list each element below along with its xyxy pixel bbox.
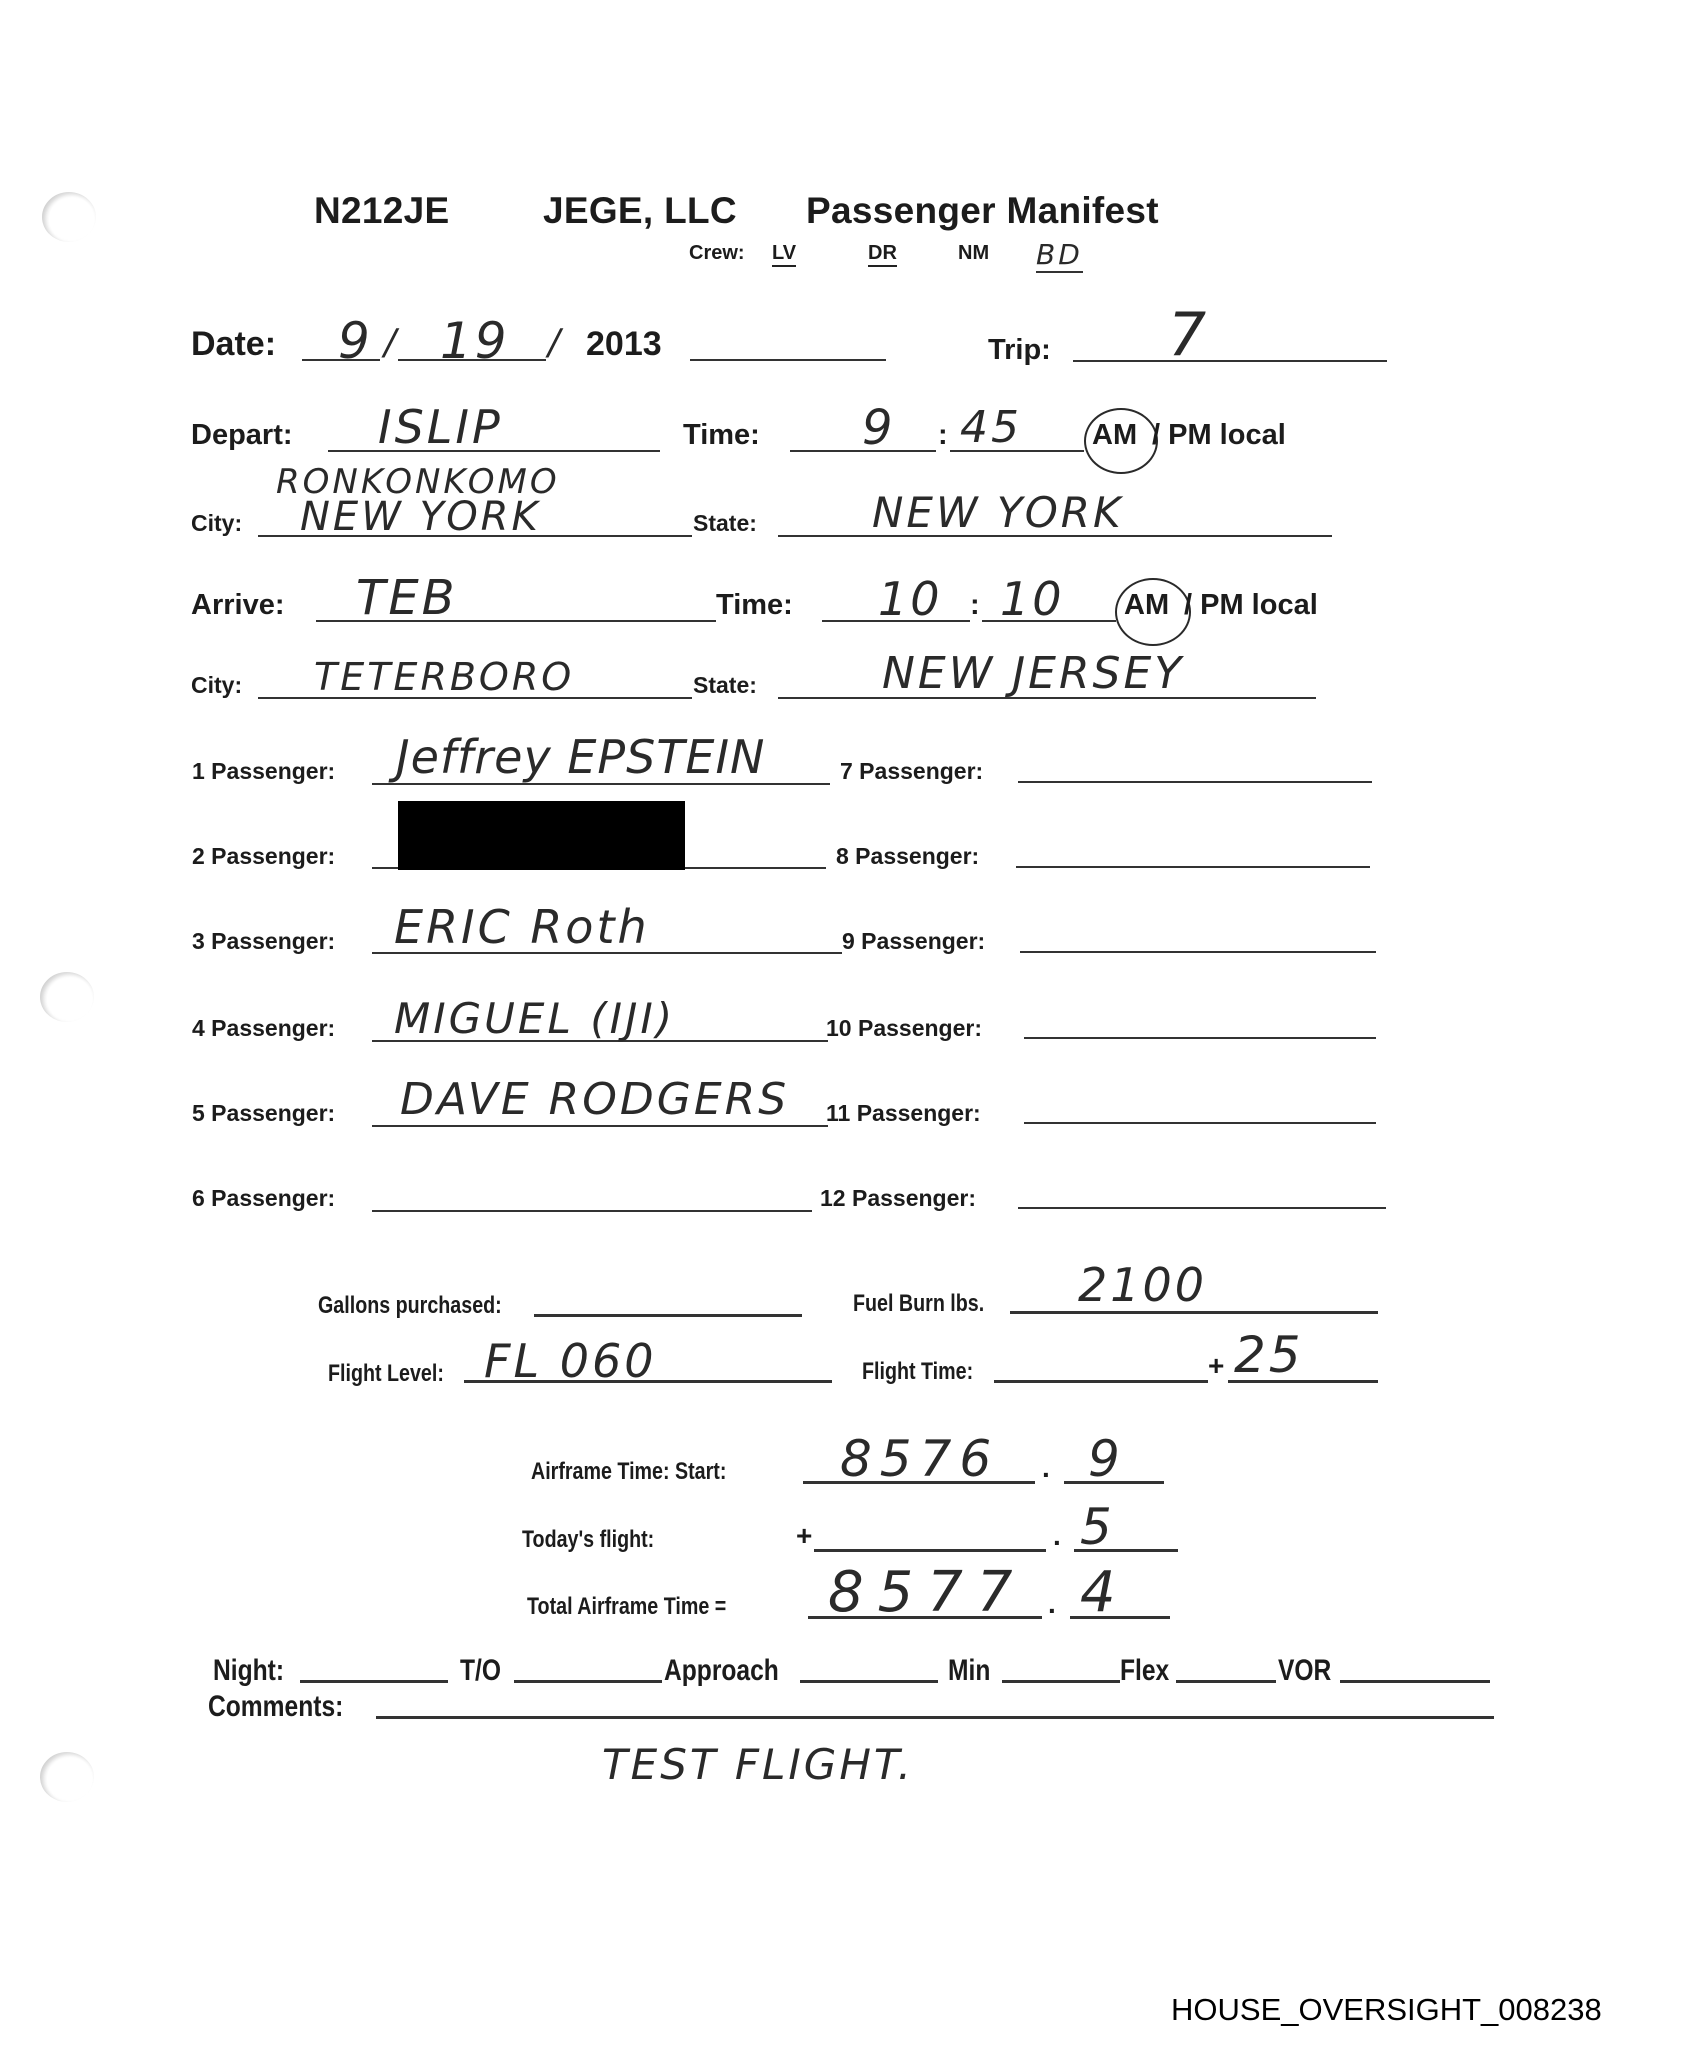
depart-hour-value[interactable]: 9 — [862, 400, 896, 456]
comments-line — [376, 1716, 1494, 1719]
arrive-time-label: Time: — [716, 589, 793, 622]
passenger-4-value[interactable]: MIGUEL (IJI) — [394, 994, 675, 1043]
passenger-11-label: 11 Passenger: — [826, 1100, 981, 1127]
arrive-state-value[interactable]: NEW JERSEY — [882, 648, 1184, 699]
date-month-value[interactable]: 9 — [338, 312, 373, 370]
night-line[interactable] — [300, 1680, 448, 1683]
to-line[interactable] — [514, 1680, 662, 1683]
comments-value[interactable]: TEST FLIGHT. — [602, 1740, 914, 1789]
trip-label: Trip: — [988, 334, 1051, 367]
vor-label: VOR — [1278, 1654, 1331, 1688]
passenger-8-label: 8 Passenger: — [836, 843, 979, 870]
airframe-start-tenths-value[interactable]: 9 — [1088, 1430, 1123, 1488]
total-airframe-tenths-value[interactable]: 4 — [1080, 1560, 1119, 1625]
night-label: Night: — [213, 1654, 284, 1688]
bates-number: HOUSE_OVERSIGHT_008238 — [1171, 1992, 1602, 2028]
passenger-8-line[interactable] — [1016, 866, 1370, 868]
flight-time-label: Flight Time: — [862, 1358, 973, 1386]
airframe-start-label: Airframe Time: Start: — [531, 1458, 726, 1486]
comments-label: Comments: — [208, 1690, 343, 1724]
form-title: Passenger Manifest — [806, 190, 1159, 232]
passenger-6-label: 6 Passenger: — [192, 1185, 335, 1212]
to-label: T/O — [460, 1654, 501, 1688]
crew-lv: LV — [772, 242, 796, 265]
gallons-line[interactable] — [534, 1314, 802, 1317]
arrive-label: Arrive: — [191, 589, 285, 622]
flight-time-hours-line[interactable] — [994, 1380, 1208, 1383]
flight-time-minutes-value[interactable]: 25 — [1234, 1326, 1304, 1384]
arrive-time-sep: : — [970, 589, 980, 622]
todays-flight-tenths-value[interactable]: 5 — [1080, 1498, 1115, 1556]
fuel-burn-label: Fuel Burn lbs. — [853, 1290, 984, 1318]
flight-level-label: Flight Level: — [328, 1360, 444, 1388]
vor-line[interactable] — [1340, 1680, 1490, 1683]
passenger-9-line[interactable] — [1020, 951, 1376, 953]
trip-line — [1073, 360, 1387, 362]
trip-value[interactable]: 7 — [1168, 300, 1209, 370]
depart-label: Depart: — [191, 419, 293, 452]
total-airframe-whole-value[interactable]: 8577 — [828, 1560, 1027, 1625]
binder-hole-middle — [40, 972, 94, 1022]
passenger-10-label: 10 Passenger: — [826, 1015, 982, 1042]
passenger-1-value[interactable]: Jeffrey EPSTEIN — [396, 730, 765, 784]
todays-flight-decimal: . — [1053, 1520, 1061, 1552]
flex-line[interactable] — [1176, 1680, 1276, 1683]
passenger-11-line[interactable] — [1024, 1122, 1376, 1124]
flight-time-plus: + — [1208, 1350, 1224, 1382]
passenger-2-redaction — [398, 801, 685, 870]
gallons-label: Gallons purchased: — [318, 1292, 502, 1320]
passenger-10-line[interactable] — [1024, 1037, 1376, 1039]
arrive-pm-local[interactable]: / PM local — [1184, 589, 1318, 622]
arrive-state-label: State: — [693, 672, 757, 699]
binder-hole-bottom — [40, 1752, 94, 1802]
depart-city-label: City: — [191, 510, 242, 537]
depart-time-label: Time: — [683, 419, 760, 452]
binder-hole-top — [42, 192, 96, 242]
passenger-7-label: 7 Passenger: — [840, 758, 983, 785]
airframe-start-decimal: . — [1042, 1452, 1050, 1484]
date-label: Date: — [191, 325, 276, 364]
passenger-3-value[interactable]: ERIC Roth — [394, 900, 650, 954]
arrive-airport-value[interactable]: TEB — [356, 570, 458, 626]
flight-level-value[interactable]: FL 060 — [484, 1334, 657, 1388]
total-airframe-decimal: . — [1048, 1588, 1056, 1620]
passenger-12-label: 12 Passenger: — [820, 1185, 976, 1212]
passenger-3-label: 3 Passenger: — [192, 928, 335, 955]
total-airframe-label: Total Airframe Time = — [527, 1593, 726, 1621]
depart-airport-value[interactable]: ISLIP — [378, 400, 503, 454]
todays-flight-plus: + — [796, 1520, 812, 1552]
company-name: JEGE, LLC — [543, 190, 737, 232]
depart-minute-value[interactable]: 45 — [960, 402, 1022, 453]
passenger-1-label: 1 Passenger: — [192, 758, 335, 785]
passenger-5-label: 5 Passenger: — [192, 1100, 335, 1127]
depart-pm-local[interactable]: / PM local — [1152, 419, 1286, 452]
approach-line[interactable] — [800, 1680, 938, 1683]
date-extra-line — [690, 359, 886, 361]
date-sep-2: / — [548, 322, 563, 363]
date-day-value[interactable]: 19 — [440, 312, 510, 370]
depart-am-option[interactable]: AM — [1092, 419, 1137, 452]
passenger-2-label: 2 Passenger: — [192, 843, 335, 870]
arrive-am-option[interactable]: AM — [1124, 589, 1169, 622]
approach-label: Approach — [664, 1654, 779, 1688]
depart-state-value[interactable]: NEW YORK — [872, 488, 1124, 537]
crew-bd: BD — [1036, 238, 1083, 273]
depart-time-sep: : — [938, 419, 948, 452]
todays-flight-whole-line[interactable] — [814, 1549, 1046, 1552]
date-year: 2013 — [586, 325, 662, 364]
airframe-start-whole-value[interactable]: 8576 — [840, 1430, 999, 1488]
passenger-5-line — [372, 1125, 828, 1127]
arrive-city-value[interactable]: TETERBORO — [314, 655, 574, 699]
arrive-minute-value[interactable]: 10 — [1000, 572, 1065, 626]
tail-number: N212JE — [314, 190, 450, 232]
passenger-9-label: 9 Passenger: — [842, 928, 985, 955]
passenger-6-line — [372, 1210, 812, 1212]
min-line[interactable] — [1002, 1680, 1120, 1683]
flex-label: Flex — [1120, 1654, 1169, 1688]
fuel-burn-value[interactable]: 2100 — [1078, 1258, 1207, 1312]
date-sep-1: / — [384, 322, 399, 363]
crew-dr: DR — [868, 242, 897, 265]
passenger-4-label: 4 Passenger: — [192, 1015, 335, 1042]
crew-label: Crew: — [689, 242, 745, 265]
crew-nm: NM — [958, 242, 989, 265]
passenger-7-line[interactable] — [1018, 781, 1372, 783]
passenger-5-value[interactable]: DAVE RODGERS — [400, 1074, 789, 1125]
todays-flight-label: Today's flight: — [522, 1526, 654, 1554]
min-label: Min — [948, 1654, 990, 1688]
depart-city-value[interactable]: NEW YORK — [300, 494, 541, 540]
passenger-12-line[interactable] — [1018, 1207, 1386, 1209]
arrive-hour-value[interactable]: 10 — [878, 572, 943, 626]
arrive-city-label: City: — [191, 672, 242, 699]
depart-state-label: State: — [693, 510, 757, 537]
